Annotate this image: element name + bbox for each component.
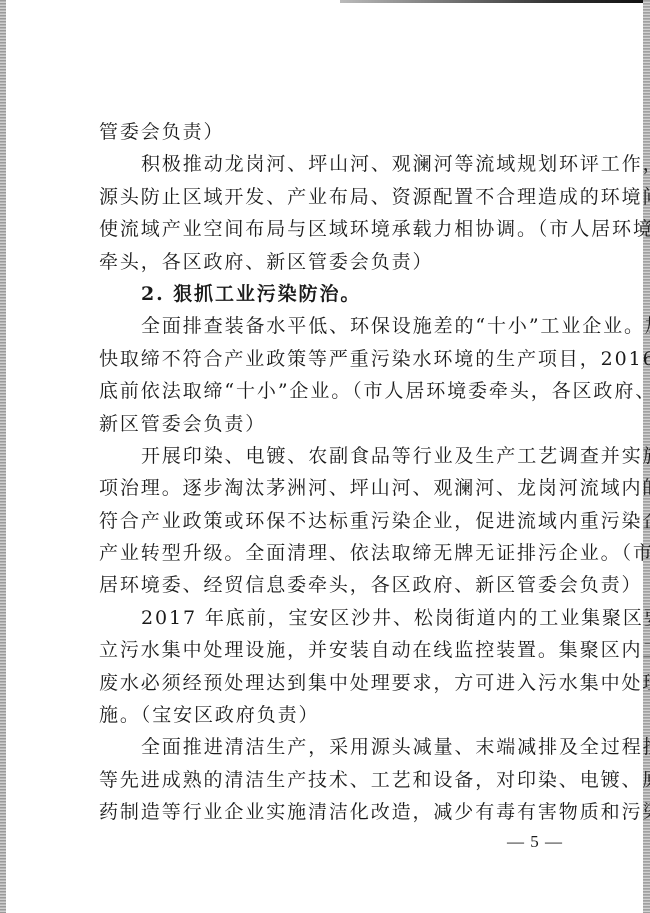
text-line: 牵头，各区政府、新区管委会负责）: [99, 246, 581, 278]
line-text: 全面推进清洁生产，采用源头减量、末端减排及全过程控制: [141, 731, 581, 763]
text-line: 立污水集中处理设施，并安装自动在线监控装置。集聚区内工业: [99, 634, 581, 666]
text-line: 管委会负责）: [99, 116, 581, 148]
text-line: 等先进成熟的清洁生产技术、工艺和设备，对印染、电镀、原料: [99, 764, 581, 796]
text-line: 积极推动龙岗河、坪山河、观澜河等流域规划环评工作，从: [99, 148, 581, 180]
line-text: 使流域产业空间布局与区域环境承载力相协调。（市人居环境委: [99, 213, 581, 245]
section-heading: 2. 狠抓工业污染防治。: [99, 278, 581, 310]
line-text: 施。（宝安区政府负责）: [99, 704, 319, 726]
text-line: 施。（宝安区政府负责）: [99, 699, 581, 731]
line-text: 开展印染、电镀、农副食品等行业及生产工艺调查并实施专: [141, 440, 581, 472]
text-line: 底前依法取缔“十小”企业。（市人居环境委牵头，各区政府、: [99, 375, 581, 407]
line-text: 快取缔不符合产业政策等严重污染水环境的生产项目，2016 年: [99, 343, 581, 375]
line-text: 产业转型升级。全面清理、依法取缔无牌无证排污企业。（市人: [99, 537, 581, 569]
scan-edge-left: [0, 0, 6, 913]
document-body: 管委会负责）积极推动龙岗河、坪山河、观澜河等流域规划环评工作，从源头防止区域开发…: [99, 116, 581, 829]
text-line: 新区管委会负责）: [99, 408, 581, 440]
text-line: 符合产业政策或环保不达标重污染企业，促进流域内重污染企业: [99, 505, 581, 537]
text-line: 开展印染、电镀、农副食品等行业及生产工艺调查并实施专: [99, 440, 581, 472]
scan-edge-top: [340, 0, 643, 3]
line-text: 项治理。逐步淘汰茅洲河、坪山河、观澜河、龙岗河流域内的不: [99, 472, 581, 504]
text-line: 使流域产业空间布局与区域环境承载力相协调。（市人居环境委: [99, 213, 581, 245]
text-line: 全面推进清洁生产，采用源头减量、末端减排及全过程控制: [99, 731, 581, 763]
text-line: 全面排查装备水平低、环保设施差的“十小”工业企业。加: [99, 310, 581, 342]
line-text: 积极推动龙岗河、坪山河、观澜河等流域规划环评工作，从: [141, 148, 581, 180]
text-line: 源头防止区域开发、产业布局、资源配置不合理造成的环境问题，: [99, 181, 581, 213]
text-line: 项治理。逐步淘汰茅洲河、坪山河、观澜河、龙岗河流域内的不: [99, 472, 581, 504]
text-line: 药制造等行业企业实施清洁化改造，减少有毒有害物质和污染物: [99, 796, 581, 828]
line-text: 底前依法取缔“十小”企业。（市人居环境委牵头，各区政府、: [99, 375, 581, 407]
line-text: 管委会负责）: [99, 121, 224, 143]
page-number: — 5 —: [507, 832, 563, 852]
line-text: 居环境委、经贸信息委牵头，各区政府、新区管委会负责）: [99, 574, 642, 596]
line-text: 等先进成熟的清洁生产技术、工艺和设备，对印染、电镀、原料: [99, 764, 581, 796]
line-text: 牵头，各区政府、新区管委会负责）: [99, 251, 433, 273]
text-line: 居环境委、经贸信息委牵头，各区政府、新区管委会负责）: [99, 569, 581, 601]
line-text: 源头防止区域开发、产业布局、资源配置不合理造成的环境问题，: [99, 181, 581, 213]
text-line: 快取缔不符合产业政策等严重污染水环境的生产项目，2016 年: [99, 343, 581, 375]
line-text: 新区管委会负责）: [99, 413, 266, 435]
line-text: 2017 年底前，宝安区沙井、松岗街道内的工业集聚区要建: [141, 602, 581, 634]
line-text: 立污水集中处理设施，并安装自动在线监控装置。集聚区内工业: [99, 634, 581, 666]
text-line: 废水必须经预处理达到集中处理要求，方可进入污水集中处理设: [99, 667, 581, 699]
text-line: 产业转型升级。全面清理、依法取缔无牌无证排污企业。（市人: [99, 537, 581, 569]
line-text: 全面排查装备水平低、环保设施差的“十小”工业企业。加: [141, 310, 581, 342]
text-line: 2017 年底前，宝安区沙井、松岗街道内的工业集聚区要建: [99, 602, 581, 634]
line-text: 符合产业政策或环保不达标重污染企业，促进流域内重污染企业: [99, 505, 581, 537]
line-text: 药制造等行业企业实施清洁化改造，减少有毒有害物质和污染物: [99, 796, 581, 828]
line-text: 废水必须经预处理达到集中处理要求，方可进入污水集中处理设: [99, 667, 581, 699]
line-text: 2. 狠抓工业污染防治。: [141, 283, 361, 305]
